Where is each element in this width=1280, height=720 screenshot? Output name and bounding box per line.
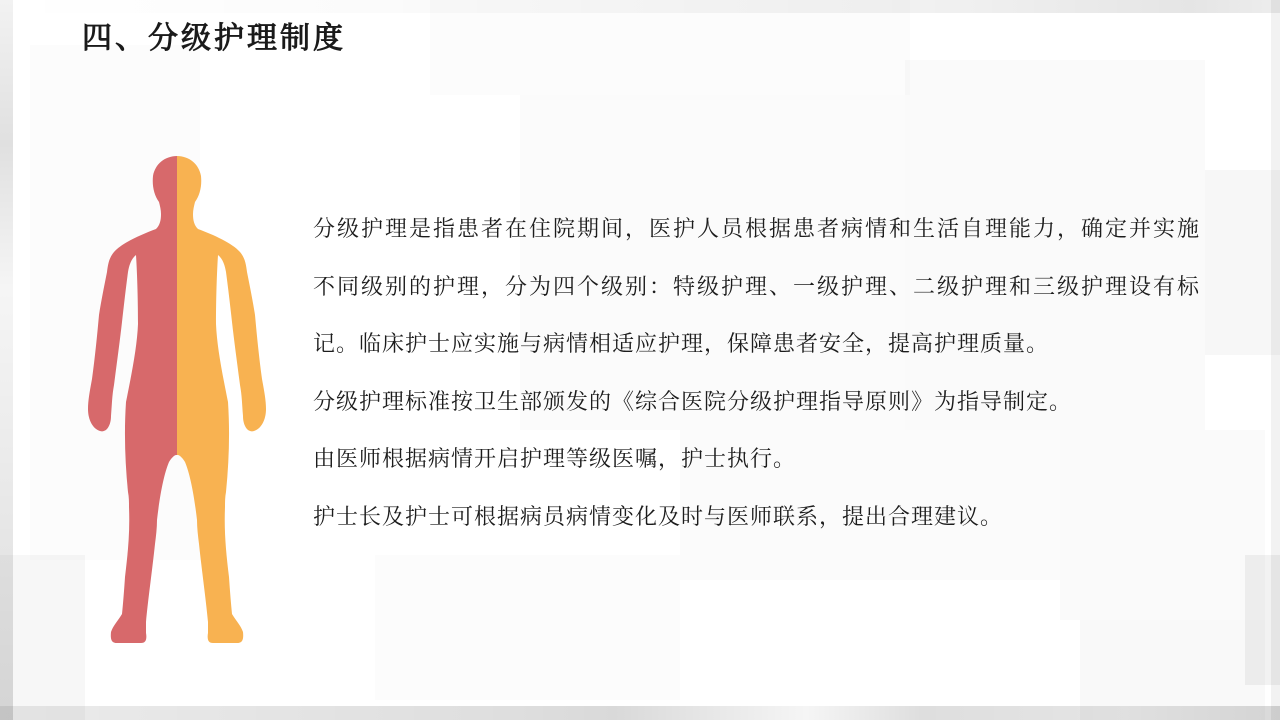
body-text-line: 护士长及护士可根据病员病情变化及时与医师联系，提出合理建议。 <box>313 488 1200 546</box>
bg-mosaic-tile <box>1080 620 1265 720</box>
human-body-silhouette-svg <box>88 152 266 647</box>
bg-edge-band-top <box>0 0 1280 13</box>
body-text-line: 分级护理标准按卫生部颁发的《综合医院分级护理指导原则》为指导制定。 <box>313 373 1200 431</box>
body-right-half <box>88 156 266 643</box>
human-body-silhouette-icon <box>88 152 266 647</box>
bg-mosaic-tile <box>1205 170 1280 355</box>
bg-edge-band-right <box>1271 0 1280 720</box>
bg-edge-band-bottom <box>0 706 1280 720</box>
bg-edge-band-left <box>0 0 13 720</box>
slide-title: 四、分级护理制度 <box>82 13 346 57</box>
bg-mosaic-tile <box>430 0 910 95</box>
bg-mosaic-tile <box>375 555 680 700</box>
body-text-block: 分级护理是指患者在住院期间，医护人员根据患者病情和生活自理能力，确定并实施 不同… <box>313 200 1200 545</box>
body-text-line: 记。临床护士应实施与病情相适应护理，保障患者安全，提高护理质量。 <box>313 315 1200 373</box>
presentation-slide: 四、分级护理制度 分级护理是指患者在住院期间，医护人员根据患者病情和生活自理能力… <box>0 0 1280 720</box>
body-text-line: 分级护理是指患者在住院期间，医护人员根据患者病情和生活自理能力，确定并实施 <box>313 200 1200 258</box>
body-text-line: 不同级别的护理，分为四个级别：特级护理、一级护理、二级护理和三级护理设有标 <box>313 258 1200 316</box>
body-text-line: 由医师根据病情开启护理等级医嘱，护士执行。 <box>313 430 1200 488</box>
